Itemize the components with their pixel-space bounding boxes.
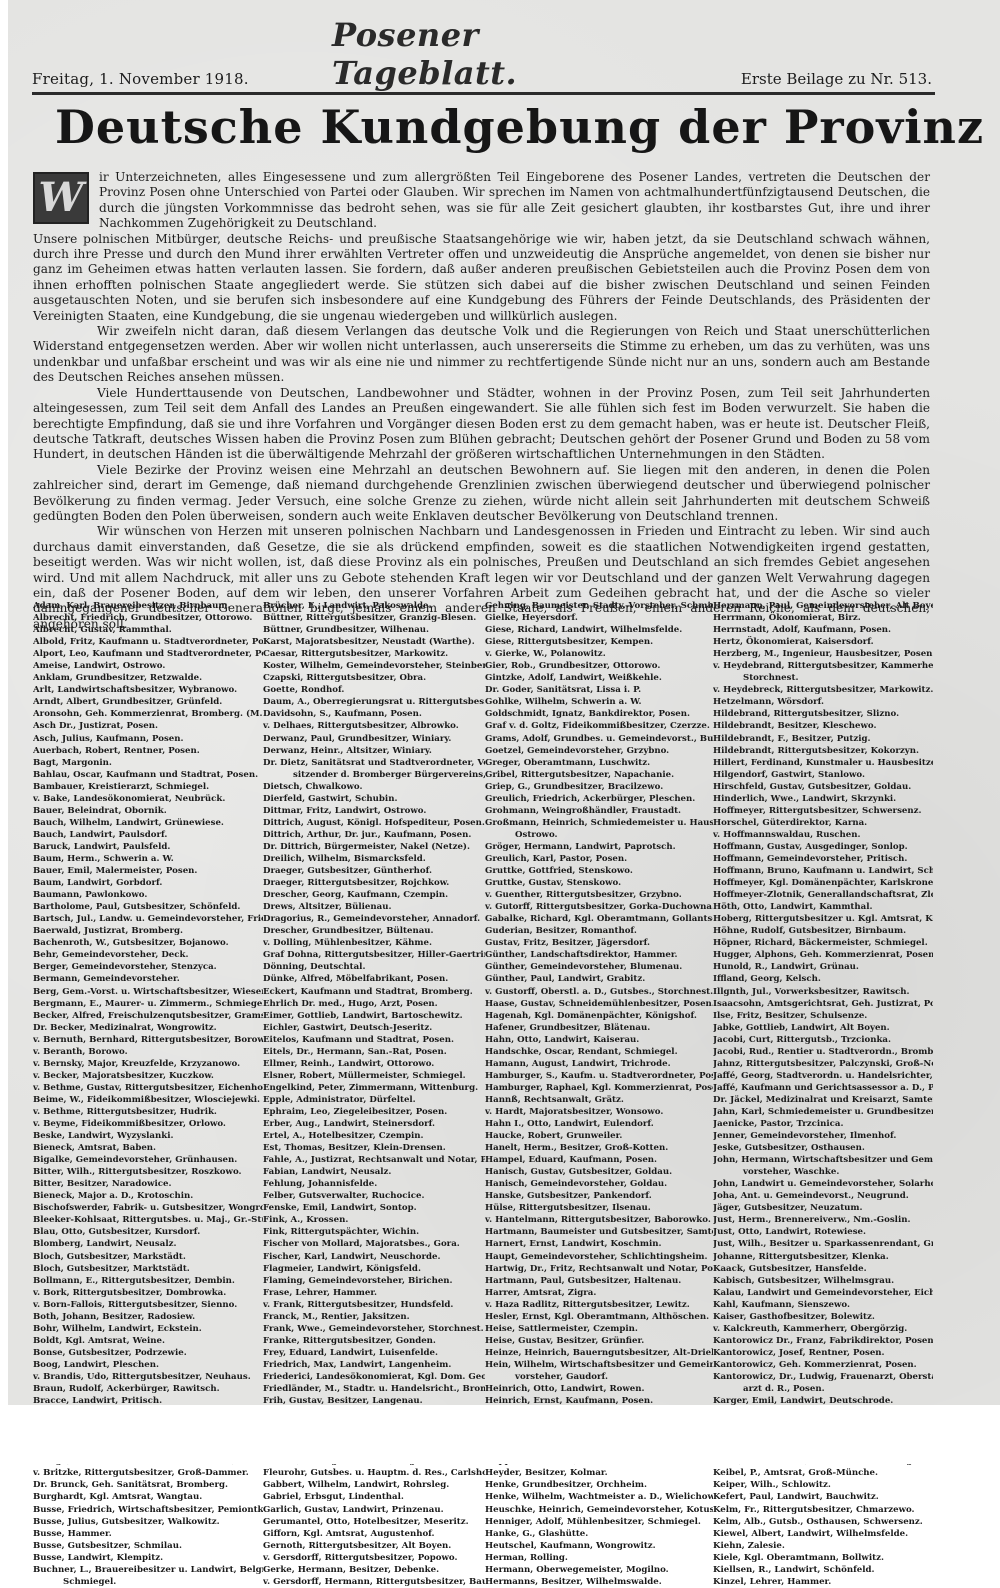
signatory-entry: Illgnth, Jul., Vorwerksbesitzer, Rawitsc… [713, 986, 933, 998]
signatory-entry: Gruttke, Gustav, Stenskowo. [485, 877, 713, 889]
signatory-entry: Gohlke, Wilhelm, Schwerin a. W. [485, 696, 713, 708]
signatory-entry: Giese, Rittergutsbesitzer, Kempen. [485, 636, 713, 648]
signatory-entry: Auerbach, Robert, Rentner, Posen. [33, 745, 263, 757]
signatory-entry: v. Bake, Landesökonomierat, Neubrück. [33, 793, 263, 805]
signatory-entry: v. Brandis, Udo, Rittergutsbesitzer, Neu… [33, 1371, 263, 1383]
signatory-entry: Hamburger, Raphael, Kgl. Kommerzienrat, … [485, 1082, 713, 1094]
signatory-entry: Hoffmeyer, Kgl. Domänenpächter, Karlskro… [713, 877, 933, 889]
signatory-entry: Dragorius, R., Gemeindevorsteher, Annado… [263, 913, 485, 925]
signatory-entry: Horschel, Güterdirektor, Karna. [713, 817, 933, 829]
signatory-entry: Koster, Wilhelm, Gemeindevorsteher, Stei… [263, 660, 485, 672]
signatory-entry: v. Hardt, Majoratsbesitzer, Wonsowo. [485, 1106, 713, 1118]
signatory-entry: Gintzke, Adolf, Landwirt, Weißkehle. [485, 672, 713, 684]
signatory-entry: Ilse, Fritz, Besitzer, Schulsenze. [713, 1010, 933, 1022]
signatory-entry: Daum, A., Oberregierungsrat u. Rittergut… [263, 696, 485, 708]
signatory-entry: Albold, Fritz, Kaufmann u. Stadtverordne… [33, 636, 263, 648]
signatory-entry: v. Dolling, Mühlenbesitzer, Kähme. [263, 937, 485, 949]
signatory-entry: Herrmann, Ökonomierat, Birz. [713, 612, 933, 624]
article-headline: Deutsche Kundgebung der Provinz Posen. [55, 100, 935, 154]
signatory-entry: Berg, Gem.-Vorst. u. Wirtschaftsbesitzer… [33, 986, 263, 998]
paragraph: Viele Bezirke der Provinz weisen eine Me… [33, 463, 930, 525]
signatory-entry: Hartmann, Paul, Gutsbesitzer, Haltenau. [485, 1275, 713, 1287]
signatory-entry: Draeger, Rittergutsbesitzer, Rojchkow. [263, 877, 485, 889]
signatory-entry: Günther, Paul, Landwirt, Grabitz. [485, 973, 713, 985]
signatory-entry: Kaack, Gutsbesitzer, Hansfelde. [713, 1263, 933, 1275]
signatory-entry: Frank, Wwe., Gemeindevorsteher, Storchne… [263, 1323, 485, 1335]
signatory-entry: v. Bethme, Gustav, Rittergutsbesitzer, E… [33, 1082, 263, 1094]
signatory-entry: Hanelt, Herm., Besitzer, Groß-Kotten. [485, 1142, 713, 1154]
signatory-entry: v. Beyme, Fideikommißbesitzer, Orlowo. [33, 1118, 263, 1130]
signatory-entry: Dittrich, Arthur, Dr. jur., Kaufmann, Po… [263, 829, 485, 841]
signatory-entry: Bachenroth, W., Gutsbesitzer, Bojanowo. [33, 937, 263, 949]
signatory-entry: Dr. Dietz, Sanitätsrat und Stadtverordne… [263, 757, 485, 769]
signatory-entry: Fischer, Karl, Landwirt, Neuschorde. [263, 1251, 485, 1263]
signatory-entry: Elsner, Robert, Müllermeister, Schmiegel… [263, 1070, 485, 1082]
signatory-entry: Engelkind, Peter, Zimmermann, Wittenburg… [263, 1082, 485, 1094]
signatory-entry: Behr, Gemeindevorsteher, Deck. [33, 949, 263, 961]
signatory-entry: Becker, Alfred, Freischulzenqutsbesitzer… [33, 1010, 263, 1022]
signatory-entry: v. Hantelmann, Rittergutsbesitzer, Babor… [485, 1214, 713, 1226]
signatory-entry: Baum, Herm., Schwerin a. W. [33, 853, 263, 865]
signatory-entry: sitzender d. Bromberger Bürgervereins, B… [263, 769, 485, 781]
signatory-entry: v. Heydebreck, Rittergutsbesitzer, Marko… [713, 684, 933, 696]
signatory-entry: Bitter, Besitzer, Naradowice. [33, 1178, 263, 1190]
signatory-entry: Günther, Gemeindevorsteher, Blumenau. [485, 961, 713, 973]
signatory-entry: v. Heydebrand, Rittergutsbesitzer, Kamme… [713, 660, 933, 672]
signatory-column: Brücher, E., Landwirt, Pakoswalde.Büttne… [263, 600, 485, 1464]
signatory-entry: Heinze, Heinrich, Bauerngutsbesitzer, Al… [485, 1347, 713, 1359]
signatory-entry: Both, Johann, Besitzer, Radosiew. [33, 1311, 263, 1323]
signatory-entry: Kantorowicz, Geh. Kommerzienrat, Posen. [713, 1359, 933, 1371]
signatory-entry: Hinderlich, Wwe., Landwirt, Skrzynki. [713, 793, 933, 805]
signatory-entry: Goette, Rondhof. [263, 684, 485, 696]
signatory-entry: Hartmann, Baumeister und Gutsbesitzer, S… [485, 1226, 713, 1238]
signatory-column: Gehning, Baumeister, Stadtv.-Vorsteher, … [485, 600, 713, 1464]
signatory-entry: Jaffé, Kaufmann und Gerichtsassessor a. … [713, 1082, 933, 1094]
signatory-entry: Dittrich, August, Königl. Hofspediteur, … [263, 817, 485, 829]
signatory-entry: Hildebrandt, Rittergutsbesitzer, Kokorzy… [713, 745, 933, 757]
signatory-entry: Gielke, Heyersdorf. [485, 612, 713, 624]
signatory-entry: Heise, Gustav, Besitzer, Grünfier. [485, 1335, 713, 1347]
signatory-entry: Goetzel, Gemeindevorsteher, Grzybno. [485, 745, 713, 757]
signatory-entry: Dr. Becker, Medizinalrat, Wongrowitz. [33, 1022, 263, 1034]
signatory-entry: Aronsohn, Geh. Kommerzienrat, Bromberg. … [33, 708, 263, 720]
signatory-entry: Jahnz, Rittergutsbesitzer, Palczynski, G… [713, 1058, 933, 1070]
signatory-entry: Drews, Altsitzer, Bülienau. [263, 901, 485, 913]
signatory-entry: Anklam, Grundbesitzer, Retzwalde. [33, 672, 263, 684]
signatory-entry: v. Bethme, Rittergutsbesitzer, Hudrik. [33, 1106, 263, 1118]
signatory-entry: Bleeker-Kohlsaat, Rittergutsbes. u. Maj.… [33, 1214, 263, 1226]
signatory-entry: v. Delhaes, Rittergutsbesitzer, Albrowko… [263, 720, 485, 732]
signatory-entry: Blomberg, Landwirt, Neusalz. [33, 1238, 263, 1250]
signatory-entry: Fink, A., Krossen. [263, 1214, 485, 1226]
signatory-entry: Hanske, Gutsbesitzer, Pankendorf. [485, 1190, 713, 1202]
signatory-entry: Büttner, Grundbesitzer, Wilhenau. [263, 624, 485, 636]
signatory-entry: Friedländer, M., Stadtr. u. Handelsricht… [263, 1383, 485, 1395]
signatory-entry: Albrecht, Gustav, Rammthal. [33, 624, 263, 636]
signatory-entry: Jaffé, Georg, Stadtverordn. u. Handelsri… [713, 1070, 933, 1082]
signatory-entry: Eitelos, Kaufmann und Stadtrat, Posen. [263, 1034, 485, 1046]
signatory-entry: Draeger, Gutsbesitzer, Güntherhof. [263, 865, 485, 877]
signatory-entry: Beime, W., Fideikommißbesitzer, Wlosciej… [33, 1094, 263, 1106]
signatory-entry: Dr. Dittrich, Bürgermeister, Nakel (Netz… [263, 841, 485, 853]
signatory-entry: Handschke, Oscar, Rendant, Schmiegel. [485, 1046, 713, 1058]
signatory-entry: Iffland, Georg, Kelsch. [713, 973, 933, 985]
signatory-entry: Höpner, Richard, Bäckermeister, Schmiege… [713, 937, 933, 949]
signatory-entry: Bigalke, Gemeindevorsteher, Grünhausen. [33, 1154, 263, 1166]
signatory-entry: Gribel, Rittergutsbesitzer, Napachanie. [485, 769, 713, 781]
signatory-entry: Arlt, Landwirtschaftsbesitzer, Wybranowo… [33, 684, 263, 696]
signatory-entry: Hilgendorf, Gastwirt, Stanlowo. [713, 769, 933, 781]
masthead: Freitag, 1. November 1918. Posener Tageb… [32, 52, 932, 92]
signatory-entry: Johanne, Rittergutsbesitzer, Klenka. [713, 1251, 933, 1263]
signatory-entry: Ellmer, Reinh., Landwirt, Ottorowo. [263, 1058, 485, 1070]
signatory-entry: Hoffmann, Gustav, Ausgedinger, Sonlop. [713, 841, 933, 853]
signatory-entry: v. Beranth, Borowo. [33, 1046, 263, 1058]
signatory-entry: Felber, Gutsverwalter, Ruchocice. [263, 1190, 485, 1202]
signatory-entry: Grams, Adolf, Grundbes. u. Gemeindevorst… [485, 733, 713, 745]
signatory-entry: Derwanz, Heinr., Altsitzer, Winiary. [263, 745, 485, 757]
signatory-entry: Büttner, Rittergutsbesitzer, Granzig-Ble… [263, 612, 485, 624]
signatory-entry: Hetzelmann, Wörsdorf. [713, 696, 933, 708]
signatory-entry: Braun, Rudolf, Ackerbürger, Rawitsch. [33, 1383, 263, 1395]
signatory-entry: Jäger, Gutsbesitzer, Neuzatum. [713, 1202, 933, 1214]
signatory-entry: v. Born-Fallois, Rittergutsbesitzer, Sie… [33, 1299, 263, 1311]
signatory-entry: Goldschmidt, Ignatz, Bankdirektor, Posen… [485, 708, 713, 720]
signatory-entry: Bischofswerder, Fabrik- u. Gutsbesitzer,… [33, 1202, 263, 1214]
signatory-entry: Adam, Karl, Brauereibesitzer, Birnbaum. [33, 600, 263, 612]
signatory-entry: Hesler, Ernst, Kgl. Oberamtmann, Althösc… [485, 1311, 713, 1323]
signatory-entry: Bartsch, Jul., Landw. u. Gemeindevorsteh… [33, 913, 263, 925]
signatory-entry: Fehlung, Johannisfelde. [263, 1178, 485, 1190]
signatory-entry: v. Frank, Rittergutsbesitzer, Hundsfeld. [263, 1299, 485, 1311]
signatory-entry: Gustav, Fritz, Besitzer, Jägersdorf. [485, 937, 713, 949]
signatory-entry: Bollmann, E., Rittergutsbesitzer, Dembin… [33, 1275, 263, 1287]
signatory-entry: Jabke, Gottlieb, Landwirt, Alt Boyen. [713, 1022, 933, 1034]
signatory-entry: Bauer, Emil, Malermeister, Posen. [33, 865, 263, 877]
signatory-entry: Gier, Rob., Grundbesitzer, Ottorowo. [485, 660, 713, 672]
signatory-entry: Eckert, Kaufmann und Stadtrat, Bromberg. [263, 986, 485, 998]
signatory-entry: Joha, Ant. u. Gemeindevorst., Neugrund. [713, 1190, 933, 1202]
signatory-entry: v. Bork, Rittergutsbesitzer, Dombrowka. [33, 1287, 263, 1299]
signatory-entry: Karst, Majoratsbesitzer, Neustadt (Warth… [263, 636, 485, 648]
signatory-entry: v. Haza Radlitz, Rittergutsbesitzer, Lew… [485, 1299, 713, 1311]
signatory-entry: Davidsohn, S., Kaufmann, Posen. [263, 708, 485, 720]
signatory-entry: Hampel, Eduard, Kaufmann, Posen. [485, 1154, 713, 1166]
signatory-entry: Kaiser, Gasthofbesitzer, Bolewitz. [713, 1311, 933, 1323]
signatory-entry: arzt d. R., Posen. [713, 1383, 933, 1395]
signatory-entry: Hoffmann, Bruno, Kaufmann u. Landwirt, S… [713, 865, 933, 877]
signatory-entry: Dünke, Alfred, Möbelfabrikant, Posen. [263, 973, 485, 985]
signatory-entry: Hoffmann, Gemeindevorsteher, Pritisch. [713, 853, 933, 865]
signatory-entry: Gehning, Baumeister, Stadtv.-Vorsteher, … [485, 600, 713, 612]
signatory-entry: Bartholome, Paul, Gutsbesitzer, Schönfel… [33, 901, 263, 913]
signatory-entry: Bauch, Landwirt, Paulsdorf. [33, 829, 263, 841]
signatory-entry: Dierfeld, Gastwirt, Schubin. [263, 793, 485, 805]
signatory-entry: Harrer, Amtsrat, Zigra. [485, 1287, 713, 1299]
signatory-entry: Kantorowicz, Josef, Rentner, Posen. [713, 1347, 933, 1359]
article-body: Wir Unterzeichneten, alles Eingesessene … [33, 170, 930, 632]
signatory-entry: Baerwald, Justizrat, Bromberg. [33, 925, 263, 937]
signatory-entry: Drescher, Georg, Kaufmann, Czempin. [263, 889, 485, 901]
signatory-entry: Graf v. d. Goltz, Fideikommißbesitzer, C… [485, 720, 713, 732]
newspaper-title: Posener Tageblatt. [332, 16, 672, 92]
signatory-entry: Bermann, Gemeindevorsteher. [33, 973, 263, 985]
signatory-entry: Boldt, Kgl. Amtsrat, Weine. [33, 1335, 263, 1347]
signatory-entry: v. Gierke, W., Polanowitz. [485, 648, 713, 660]
signatory-list: Adam, Karl, Brauereibesitzer, Birnbaum.A… [33, 600, 933, 1390]
signatory-entry: Bauch, Wilhelm, Landwirt, Grünewiese. [33, 817, 263, 829]
signatory-entry: Hirschfeld, Gustav, Gutsbesitzer, Goldau… [713, 781, 933, 793]
signatory-entry: Friederici, Landesökonomierat, Kgl. Dom.… [263, 1371, 485, 1383]
signatory-entry: Just, Wilh., Besitzer u. Sparkassenrenda… [713, 1238, 933, 1250]
signatory-entry: Heise, Sattlermeister, Czempin. [485, 1323, 713, 1335]
signatory-entry: Kabisch, Gutsbesitzer, Wilhelmsgrau. [713, 1275, 933, 1287]
signatory-entry: Eimer, Gottlieb, Landwirt, Bartoschewitz… [263, 1010, 485, 1022]
signatory-entry: Hildebrand, Rittergutsbesitzer, Slizno. [713, 708, 933, 720]
signatory-entry: Eitels, Dr., Hermann, San.-Rat, Posen. [263, 1046, 485, 1058]
signatory-entry: Arndt, Albert, Grundbesitzer, Grünfeld. [33, 696, 263, 708]
signatory-entry: Flagmeier, Landwirt, Königsfeld. [263, 1263, 485, 1275]
signatory-entry: Haucke, Robert, Grunweiler. [485, 1130, 713, 1142]
signatory-entry: Herrmann, Paul, Gemeindevorsteher, Alt B… [713, 600, 933, 612]
signatory-entry: Isaacsohn, Amtsgerichtsrat, Geh. Justizr… [713, 998, 933, 1010]
signatory-entry: Kantorowicz, Dr., Ludwig, Frauenarzt, Ob… [713, 1371, 933, 1383]
signatory-entry: Hahn, Otto, Landwirt, Kaiserau. [485, 1034, 713, 1046]
paragraph: Wir Unterzeichneten, alles Eingesessene … [33, 170, 930, 232]
signatory-entry: Hafener, Grundbesitzer, Blätenau. [485, 1022, 713, 1034]
signatory-entry: Baumann, Pawlonkowo. [33, 889, 263, 901]
signatory-entry: Bahlau, Oscar, Kaufmann und Stadtrat, Po… [33, 769, 263, 781]
masthead-rule [32, 92, 935, 95]
signatory-entry: Frase, Lehrer, Hammer. [263, 1287, 485, 1299]
signatory-entry: Bambauer, Kreistierarzt, Schmiegel. [33, 781, 263, 793]
signatory-entry: Bergmann, E., Maurer- u. Zimmerm., Schmi… [33, 998, 263, 1010]
signatory-entry: Asch, Julius, Kaufmann, Posen. [33, 733, 263, 745]
signatory-entry: Bohr, Wilhelm, Landwirt, Eckstein. [33, 1323, 263, 1335]
signatory-entry: Hugger, Alphons, Geh. Kommerzienrat, Pos… [713, 949, 933, 961]
signatory-entry: Haase, Gustav, Schneidemühlenbesitzer, P… [485, 998, 713, 1010]
signatory-entry: Jacobi, Curt, Rittergutsb., Trzcionka. [713, 1034, 933, 1046]
signatory-entry: Großmann, Heinrich, Schmiedemeister u. H… [485, 817, 713, 829]
signatory-entry: Höhne, Rudolf, Gutsbesitzer, Birnbaum. [713, 925, 933, 937]
signatory-entry: Heinrich, Otto, Landwirt, Rowen. [485, 1383, 713, 1395]
signatory-entry: v. Guenther, Rittergutsbesitzer, Grzybno… [485, 889, 713, 901]
signatory-entry: Dönning, Deutschtal. [263, 961, 485, 973]
signatory-entry: Erber, Aug., Landwirt, Steinersdorf. [263, 1118, 485, 1130]
signatory-entry: Bieneck, Amtsrat, Baben. [33, 1142, 263, 1154]
signatory-entry: Albrecht, Friedrich, Grundbesitzer, Otto… [33, 612, 263, 624]
signatory-entry: Dreilich, Wilhelm, Bismarcksfeld. [263, 853, 485, 865]
signatory-entry: vorsteher, Waschke. [713, 1166, 933, 1178]
ornamental-dropcap-icon: W [33, 172, 89, 224]
signatory-entry: v. Gustorff, Oberstl. a. D., Gutsbes., S… [485, 986, 713, 998]
signatory-entry: Hanisch, Gemeindevorsteher, Goldau. [485, 1178, 713, 1190]
signatory-entry: Bagt, Margonin. [33, 757, 263, 769]
signatory-entry: Gruttke, Gottfried, Stenskowo. [485, 865, 713, 877]
signatory-entry: Hein, Wilhelm, Wirtschaftsbesitzer und G… [485, 1359, 713, 1371]
signatory-entry: Dietsch, Chwalkowo. [263, 781, 485, 793]
signatory-entry: Guderian, Besitzer, Romanthof. [485, 925, 713, 937]
signatory-entry: Flaming, Gemeindevorsteher, Birichen. [263, 1275, 485, 1287]
signatory-entry: Jeske, Gutsbesitzer, Osthausen. [713, 1142, 933, 1154]
signatory-entry: v. Hoffmannswaldau, Ruschen. [713, 829, 933, 841]
signatory-entry: Baum, Landwirt, Gorbdorf. [33, 877, 263, 889]
signatory-entry: Jahn, Karl, Schmiedemeister u. Grundbesi… [713, 1106, 933, 1118]
signatory-entry: vorsteher, Gaudorf. [485, 1371, 713, 1383]
signatory-entry: Baruck, Landwirt, Paulsfeld. [33, 841, 263, 853]
signatory-entry: Berger, Gemeindevorsteher, Stenzyca. [33, 961, 263, 973]
signatory-entry: Hoberg, Rittergutsbesitzer u. Kgl. Amtsr… [713, 913, 933, 925]
signatory-entry: Dr. Jäckel, Medizinalrat und Kreisarzt, … [713, 1094, 933, 1106]
signatory-entry: Haupt, Gemeindevorsteher, Schlichtingshe… [485, 1251, 713, 1263]
signatory-entry: Just, Otto, Landwirt, Rotewiese. [713, 1226, 933, 1238]
signatory-entry: Hartwig, Dr., Fritz, Rechtsanwalt und No… [485, 1263, 713, 1275]
signatory-entry: Ostrowo. [485, 829, 713, 841]
signatory-entry: Hillert, Ferdinand, Kunstmaler u. Hausbe… [713, 757, 933, 769]
signatory-entry: Herrnstadt, Adolf, Kaufmann, Posen. [713, 624, 933, 636]
signatory-column: Herrmann, Paul, Gemeindevorsteher, Alt B… [713, 600, 933, 1464]
signatory-entry: Drescher, Grundbesitzer, Bültenau. [263, 925, 485, 937]
signatory-entry: Greulich, Karl, Pastor, Posen. [485, 853, 713, 865]
signatory-entry: v. Becker, Majoratsbesitzer, Kuczkow. [33, 1070, 263, 1082]
signatory-entry: Kantorowicz Dr., Franz, Fabrikdirektor, … [713, 1335, 933, 1347]
signatory-entry: Giese, Richard, Landwirt, Wilhelmsfelde. [485, 624, 713, 636]
paragraph: Viele Hunderttausende von Deutschen, Lan… [33, 386, 930, 463]
signatory-entry: v. Bernuth, Bernhard, Rittergutsbesitzer… [33, 1034, 263, 1046]
signatory-entry: Dittmar, Fritz, Landwirt, Ostrowo. [263, 805, 485, 817]
signatory-entry: Dr. Goder, Sanitätsrat, Lissa i. P. [485, 684, 713, 696]
signatory-entry: Grohmann, Weingroßhändler, Fraustadt. [485, 805, 713, 817]
signatory-entry: Jenner, Gemeindevorsteher, Ilmenhof. [713, 1130, 933, 1142]
signatory-entry: Hamann, August, Landwirt, Trichrode. [485, 1058, 713, 1070]
signatory-entry: Est, Thomas, Besitzer, Klein-Drensen. [263, 1142, 485, 1154]
signatory-entry: Franke, Rittergutsbesitzer, Gonden. [263, 1335, 485, 1347]
signatory-entry: Graf Dohna, Rittergutsbesitzer, Hiller-G… [263, 949, 485, 961]
signatory-entry: Frey, Eduard, Landwirt, Luisenfelde. [263, 1347, 485, 1359]
signatory-entry: Jaenicke, Pastor, Trzcinica. [713, 1118, 933, 1130]
signatory-entry: Eichler, Gastwirt, Deutsch-Jeseritz. [263, 1022, 485, 1034]
signatory-entry: Fischer von Mollard, Majoratsbes., Gora. [263, 1238, 485, 1250]
signatory-entry: Hertz, Ökonomierat, Kaisersdorf. [713, 636, 933, 648]
signatory-entry: Fink, Rittergutspächter, Wichin. [263, 1226, 485, 1238]
signatory-entry: Hamburger, S., Kaufm. u. Stadtverordnete… [485, 1070, 713, 1082]
signatory-entry: Hülse, Rittergutsbesitzer, Ilsenau. [485, 1202, 713, 1214]
signatory-entry: Friedrich, Max, Landwirt, Langenheim. [263, 1359, 485, 1371]
signatory-entry: Höth, Otto, Landwirt, Kammthal. [713, 901, 933, 913]
signatory-entry: Hildebrandt, Besitzer, Kleschewo. [713, 720, 933, 732]
issue-date: Freitag, 1. November 1918. [32, 70, 249, 88]
signatory-entry: Greger, Oberamtmann, Luschwitz. [485, 757, 713, 769]
signatory-entry: Just, Herm., Brennereiverw., Nm.-Goslin. [713, 1214, 933, 1226]
issue-number: Erste Beilage zu Nr. 513. [741, 70, 932, 88]
signatory-entry: Hoffmeyer-Zlotnik, Generallandschaftsrat… [713, 889, 933, 901]
signatory-entry: Bitter, Wilh., Rittergutsbesitzer, Roszk… [33, 1166, 263, 1178]
signatory-entry: Günther, Landschaftsdirektor, Hammer. [485, 949, 713, 961]
signatory-entry: Herzberg, M., Ingenieur, Hausbesitzer, P… [713, 648, 933, 660]
signatory-entry: Derwanz, Paul, Grundbesitzer, Winiary. [263, 733, 485, 745]
signatory-entry: Ehrlich Dr. med., Hugo, Arzt, Posen. [263, 998, 485, 1010]
signatory-entry: Griep, G., Grundbesitzer, Bracilzewo. [485, 781, 713, 793]
signatory-entry: Brücher, E., Landwirt, Pakoswalde. [263, 600, 485, 612]
signatory-entry: Hahn I., Otto, Landwirt, Eulendorf. [485, 1118, 713, 1130]
signatory-entry: Gabalke, Richard, Kgl. Oberamtmann, Goll… [485, 913, 713, 925]
signatory-entry: Bloch, Gutsbesitzer, Markstädt. [33, 1251, 263, 1263]
signatory-entry: Storchnest. [713, 672, 933, 684]
signatory-entry: Harnert, Ernst, Landwirt, Koschmin. [485, 1238, 713, 1250]
signatory-entry: Hunold, R., Landwirt, Grünau. [713, 961, 933, 973]
signatory-entry: v. Kalckreuth, Kammerherr, Obergörzig. [713, 1323, 933, 1335]
signatory-entry: Kalau, Landwirt und Gemeindevorsteher, E… [713, 1287, 933, 1299]
signatory-entry: Ameise, Landwirt, Ostrowo. [33, 660, 263, 672]
signatory-entry: John, Hermann, Wirtschaftsbesitzer und G… [713, 1154, 933, 1166]
paragraph: Wir zweifeln nicht daran, daß diesem Ver… [33, 324, 930, 386]
signatory-entry: Ephraim, Leo, Ziegeleibesitzer, Posen. [263, 1106, 485, 1118]
signatory-entry: v. Bernsky, Major, Kreuzfelde, Krzyzanow… [33, 1058, 263, 1070]
signatory-entry: Ertel, A., Hotelbesitzer, Czempin. [263, 1130, 485, 1142]
signatory-entry: v. Gutorff, Rittergutsbesitzer, Gorka-Du… [485, 901, 713, 913]
paragraph: Unsere polnischen Mitbürger, deutsche Re… [33, 232, 930, 324]
signatory-entry: Fahle, A., Justizrat, Rechtsanwalt und N… [263, 1154, 485, 1166]
signatory-entry: John, Landwirt u. Gemeindevorsteher, Sol… [713, 1178, 933, 1190]
signatory-entry: Bloch, Gutsbesitzer, Marktstädt. [33, 1263, 263, 1275]
signatory-entry: Kahl, Kaufmann, Sienszewo. [713, 1299, 933, 1311]
signatory-column: Adam, Karl, Brauereibesitzer, Birnbaum.A… [33, 600, 263, 1464]
signatory-entry: Boog, Landwirt, Pleschen. [33, 1359, 263, 1371]
signatory-entry: Bonse, Gutsbesitzer, Podrzewie. [33, 1347, 263, 1359]
signatory-entry: Jacobi, Rud., Rentier u. Stadtverordn., … [713, 1046, 933, 1058]
signatory-entry: Greulich, Friedrich, Ackerbürger, Plesch… [485, 793, 713, 805]
signatory-entry: Hildebrandt, F., Besitzer, Putzig. [713, 733, 933, 745]
signatory-entry: Asch Dr., Justizrat, Posen. [33, 720, 263, 732]
signatory-entry: Blau, Otto, Gutsbesitzer, Kursdorf. [33, 1226, 263, 1238]
signatory-entry: Czapski, Rittergutsbesitzer, Obra. [263, 672, 485, 684]
signatory-entry: Gröger, Hermann, Landwirt, Paprotsch. [485, 841, 713, 853]
signatory-entry: Bauer, Beleindrat, Obornik. [33, 805, 263, 817]
signatory-entry: Bieneck, Major a. D., Krotoschin. [33, 1190, 263, 1202]
signatory-entry: Franck, M., Rentier, Jaksitzen. [263, 1311, 485, 1323]
signatory-entry: Hagenah, Kgl. Domänenpächter, Königshof. [485, 1010, 713, 1022]
signatory-entry: Hanisch, Gustav, Gutsbesitzer, Goldau. [485, 1166, 713, 1178]
page-margin [0, 1405, 1000, 1464]
signatory-entry: Alport, Leo, Kaufmann und Stadtverordnet… [33, 648, 263, 660]
signatory-entry: Hoffmeyer, Rittergutsbesitzer, Schwersen… [713, 805, 933, 817]
signatory-entry: Caesar, Rittergutsbesitzer, Markowitz. [263, 648, 485, 660]
signatory-entry: Epple, Administrator, Dürfeltel. [263, 1094, 485, 1106]
signatory-entry: Fabian, Landwirt, Neusalz. [263, 1166, 485, 1178]
signatory-entry: Beske, Landwirt, Wyzyslanki. [33, 1130, 263, 1142]
signatory-entry: Fenske, Emil, Landwirt, Sontop. [263, 1202, 485, 1214]
signatory-entry: Hannß, Rechtsanwalt, Grätz. [485, 1094, 713, 1106]
